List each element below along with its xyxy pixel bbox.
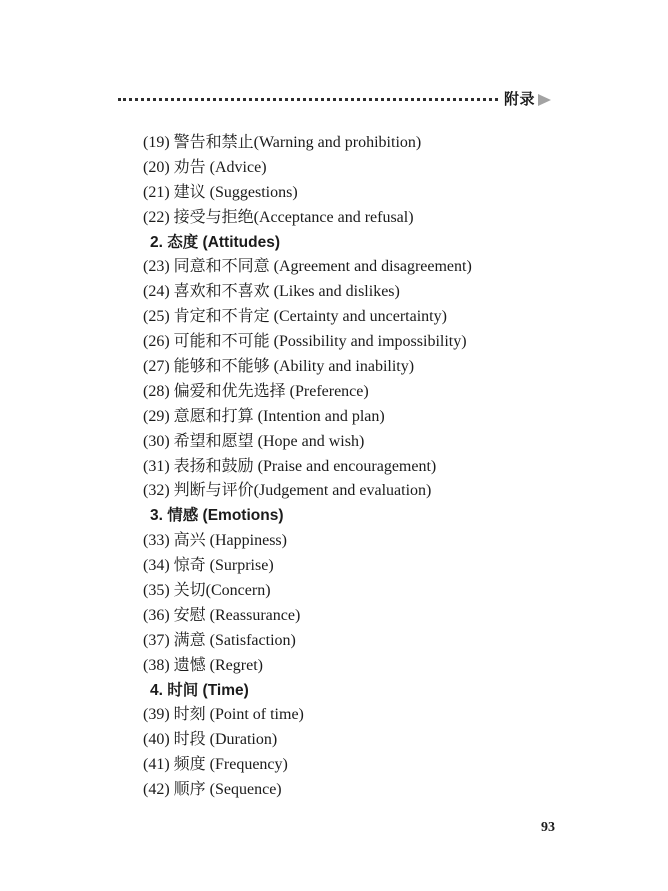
page-number: 93 — [541, 820, 555, 836]
section-heading: 4. 时间 (Time) — [143, 679, 613, 704]
list-item: (33) 高兴 (Happiness) — [143, 529, 613, 554]
list-item: (41) 频度 (Frequency) — [143, 753, 613, 778]
list-item: (31) 表扬和鼓励 (Praise and encouragement) — [143, 455, 613, 480]
book-page: 附录 (19) 警告和禁止(Warning and prohibition)(2… — [0, 0, 668, 891]
list-item: (34) 惊奇 (Surprise) — [143, 554, 613, 579]
list-item: (42) 顺序 (Sequence) — [143, 778, 613, 803]
list-item: (38) 遗憾 (Regret) — [143, 654, 613, 679]
triangle-right-icon — [538, 94, 551, 106]
section-heading: 3. 情感 (Emotions) — [143, 504, 613, 529]
list-item: (20) 劝告 (Advice) — [143, 156, 613, 181]
list-item: (23) 同意和不同意 (Agreement and disagreement) — [143, 255, 613, 280]
list-item: (22) 接受与拒绝(Acceptance and refusal) — [143, 206, 613, 231]
list-item: (29) 意愿和打算 (Intention and plan) — [143, 405, 613, 430]
list-item: (30) 希望和愿望 (Hope and wish) — [143, 430, 613, 455]
list-item: (28) 偏爱和优先选择 (Preference) — [143, 380, 613, 405]
list-item: (25) 肯定和不肯定 (Certainty and uncertainty) — [143, 305, 613, 330]
header-dotted-rule — [118, 98, 498, 101]
list-item: (32) 判断与评价(Judgement and evaluation) — [143, 479, 613, 504]
list-item: (37) 满意 (Satisfaction) — [143, 629, 613, 654]
list-item: (40) 时段 (Duration) — [143, 728, 613, 753]
list-item: (36) 安慰 (Reassurance) — [143, 604, 613, 629]
appendix-label: 附录 — [504, 91, 535, 109]
toc-list: (19) 警告和禁止(Warning and prohibition)(20) … — [143, 131, 613, 803]
list-item: (39) 时刻 (Point of time) — [143, 703, 613, 728]
page-header: 附录 — [118, 91, 552, 109]
list-item: (27) 能够和不能够 (Ability and inability) — [143, 355, 613, 380]
list-item: (21) 建议 (Suggestions) — [143, 181, 613, 206]
list-item: (24) 喜欢和不喜欢 (Likes and dislikes) — [143, 280, 613, 305]
section-heading: 2. 态度 (Attitudes) — [143, 231, 613, 256]
list-item: (19) 警告和禁止(Warning and prohibition) — [143, 131, 613, 156]
list-item: (26) 可能和不可能 (Possibility and impossibili… — [143, 330, 613, 355]
list-item: (35) 关切(Concern) — [143, 579, 613, 604]
